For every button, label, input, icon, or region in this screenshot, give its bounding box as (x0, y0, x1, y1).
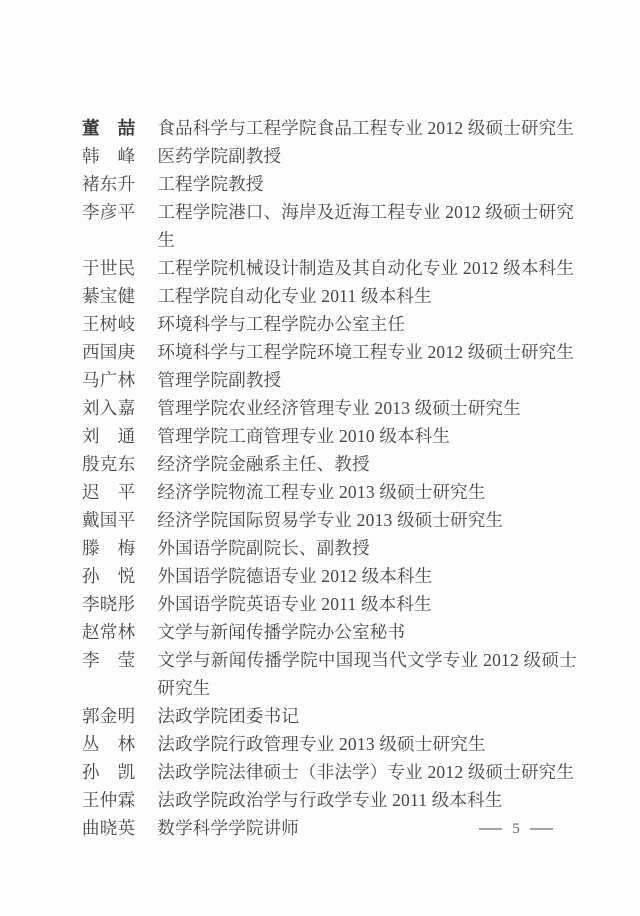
person-affiliation: 管理学院农业经济管理专业 2013 级硕士研究生 (157, 394, 577, 422)
person-affiliation: 工程学院机械设计制造及其自动化专业 2012 级本科生 (157, 254, 577, 282)
roster-row: 王仲霖 法政学院政治学与行政学专业 2011 级本科生 (82, 786, 577, 814)
page-number: 5 (466, 821, 566, 837)
roster-row: 王树岐 环境科学与工程学院办公室主任 (82, 310, 577, 338)
person-name: 戴国平 (82, 506, 135, 534)
person-name: 刘 通 (82, 422, 135, 450)
person-affiliation: 经济学院金融系主任、教授 (157, 450, 577, 478)
person-name: 丛 林 (82, 730, 135, 758)
person-name: 王树岐 (82, 310, 135, 338)
roster-row: 刘 通 管理学院工商管理专业 2010 级本科生 (82, 422, 577, 450)
person-name: 迟 平 (82, 478, 135, 506)
person-affiliation: 管理学院副教授 (157, 366, 577, 394)
person-name: 褚东升 (82, 170, 135, 198)
person-name: 刘入嘉 (82, 394, 135, 422)
person-affiliation: 外国语学院英语专业 2011 级本科生 (157, 590, 577, 618)
roster-row: 迟 平 经济学院物流工程专业 2013 级硕士研究生 (82, 478, 577, 506)
person-affiliation: 医药学院副教授 (157, 142, 577, 170)
roster-row: 孙 凯 法政学院法律硕士（非法学）专业 2012 级硕士研究生 (82, 758, 577, 786)
roster-row: 李晓彤 外国语学院英语专业 2011 级本科生 (82, 590, 577, 618)
person-affiliation: 环境科学与工程学院环境工程专业 2012 级硕士研究生 (157, 338, 577, 366)
person-affiliation: 法政学院团委书记 (157, 702, 577, 730)
roster-row: 董 喆 食品科学与工程学院食品工程专业 2012 级硕士研究生 (82, 114, 577, 142)
person-name: 王仲霖 (82, 786, 135, 814)
page-number-dash-right-icon (530, 828, 553, 830)
person-name: 殷克东 (82, 450, 135, 478)
roster-row: 于世民 工程学院机械设计制造及其自动化专业 2012 级本科生 (82, 254, 577, 282)
roster-row: 马广林 管理学院副教授 (82, 366, 577, 394)
person-affiliation: 工程学院港口、海岸及近海工程专业 2012 级硕士研究生 (157, 198, 577, 254)
document-page: 董 喆 食品科学与工程学院食品工程专业 2012 级硕士研究生 韩 峰 医药学院… (0, 0, 640, 916)
roster-row: 孙 悦 外国语学院德语专业 2012 级本科生 (82, 562, 577, 590)
person-name: 马广林 (82, 366, 135, 394)
person-affiliation: 工程学院教授 (157, 170, 577, 198)
roster-row: 丛 林 法政学院行政管理专业 2013 级硕士研究生 (82, 730, 577, 758)
affiliation-line-2: 研究生 (157, 674, 577, 702)
person-affiliation: 外国语学院副院长、副教授 (157, 534, 577, 562)
person-name: 李晓彤 (82, 590, 135, 618)
person-affiliation: 经济学院物流工程专业 2013 级硕士研究生 (157, 478, 577, 506)
person-name: 西国庚 (82, 338, 135, 366)
page-number-dash-left-icon (479, 828, 502, 830)
person-name: 韩 峰 (82, 142, 135, 170)
roster-row: 赵常林 文学与新闻传播学院办公室秘书 (82, 618, 577, 646)
person-name: 李彦平 (82, 198, 135, 226)
roster-row: 褚东升 工程学院教授 (82, 170, 577, 198)
page-number-value: 5 (512, 821, 520, 837)
roster-row: 刘入嘉 管理学院农业经济管理专业 2013 级硕士研究生 (82, 394, 577, 422)
person-affiliation: 文学与新闻传播学院中国现当代文学专业 2012 级硕士研究生 (157, 646, 577, 702)
roster-row: 綦宝健 工程学院自动化专业 2011 级本科生 (82, 282, 577, 310)
person-name: 曲晓英 (82, 814, 135, 842)
person-affiliation: 法政学院法律硕士（非法学）专业 2012 级硕士研究生 (157, 758, 577, 786)
person-affiliation: 法政学院政治学与行政学专业 2011 级本科生 (157, 786, 577, 814)
roster-row: 郭金明 法政学院团委书记 (82, 702, 577, 730)
person-affiliation: 经济学院国际贸易学专业 2013 级硕士研究生 (157, 506, 577, 534)
roster-row: 滕 梅 外国语学院副院长、副教授 (82, 534, 577, 562)
roster-row: 李彦平 工程学院港口、海岸及近海工程专业 2012 级硕士研究生 (82, 198, 577, 254)
person-affiliation: 食品科学与工程学院食品工程专业 2012 级硕士研究生 (157, 114, 577, 142)
person-name: 郭金明 (82, 702, 135, 730)
roster-row: 殷克东 经济学院金融系主任、教授 (82, 450, 577, 478)
person-affiliation: 法政学院行政管理专业 2013 级硕士研究生 (157, 730, 577, 758)
name-roster-list: 董 喆 食品科学与工程学院食品工程专业 2012 级硕士研究生 韩 峰 医药学院… (82, 114, 577, 842)
roster-row: 西国庚 环境科学与工程学院环境工程专业 2012 级硕士研究生 (82, 338, 577, 366)
person-name: 滕 梅 (82, 534, 135, 562)
person-affiliation: 文学与新闻传播学院办公室秘书 (157, 618, 577, 646)
person-name: 綦宝健 (82, 282, 135, 310)
roster-row: 戴国平 经济学院国际贸易学专业 2013 级硕士研究生 (82, 506, 577, 534)
person-affiliation: 管理学院工商管理专业 2010 级本科生 (157, 422, 577, 450)
person-name: 董 喆 (82, 114, 135, 142)
person-name: 赵常林 (82, 618, 135, 646)
roster-row: 韩 峰 医药学院副教授 (82, 142, 577, 170)
person-affiliation: 环境科学与工程学院办公室主任 (157, 310, 577, 338)
affiliation-line-1: 文学与新闻传播学院中国现当代文学专业 2012 级硕士 (157, 646, 577, 674)
person-name: 于世民 (82, 254, 135, 282)
person-affiliation: 外国语学院德语专业 2012 级本科生 (157, 562, 577, 590)
person-name: 孙 悦 (82, 562, 135, 590)
roster-row: 李 莹 文学与新闻传播学院中国现当代文学专业 2012 级硕士研究生 (82, 646, 577, 702)
person-affiliation: 工程学院自动化专业 2011 级本科生 (157, 282, 577, 310)
person-name: 孙 凯 (82, 758, 135, 786)
person-name: 李 莹 (82, 646, 135, 674)
